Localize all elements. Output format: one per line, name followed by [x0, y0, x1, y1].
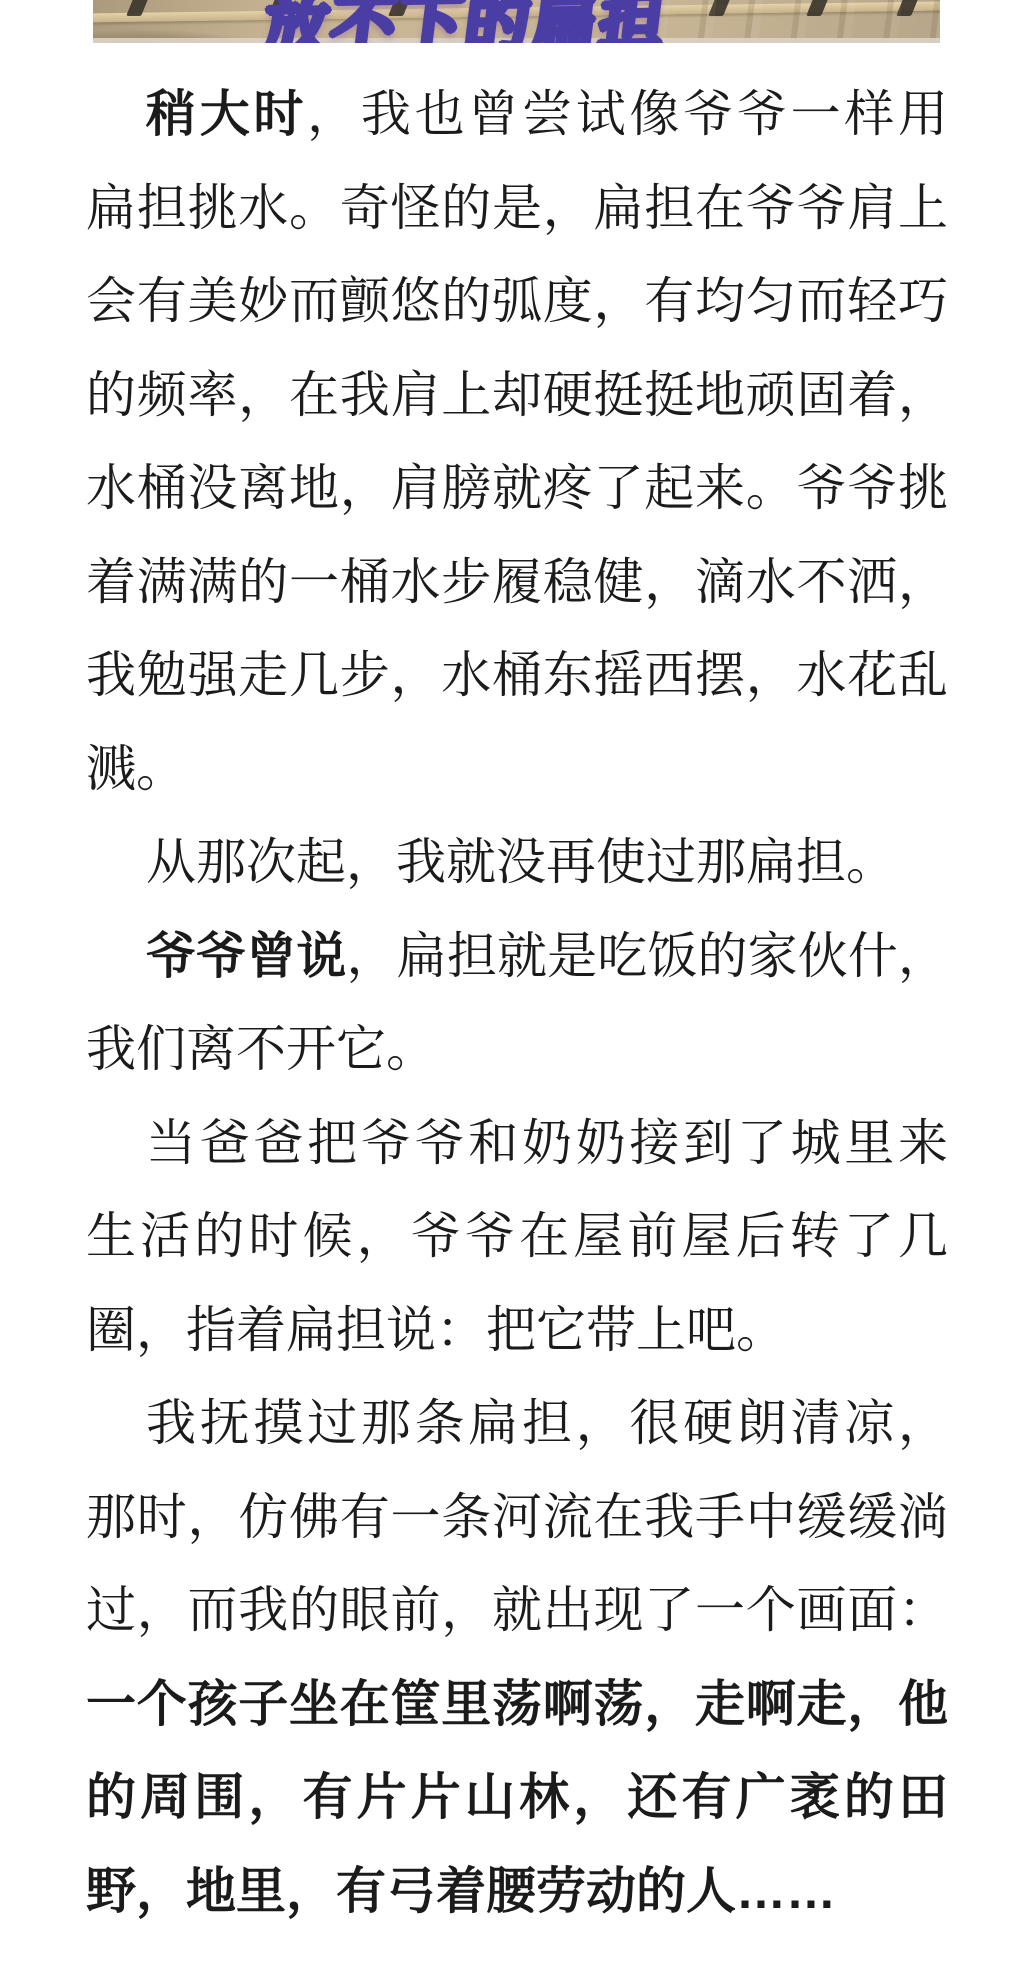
text-line: 圈，指着扁担说：把它带上吧。: [86, 1284, 948, 1378]
text-line: 会有美妙而颤悠的弧度，有均匀而轻巧: [86, 255, 948, 349]
text-run: 的频率，在我肩上却硬挺挺地顽固着，: [86, 367, 948, 423]
text-run: 着满满的一桶水步履稳健，滴水不洒，: [86, 554, 948, 610]
text-line: 我们离不开它。: [86, 1003, 948, 1097]
text-line: 那时，仿佛有一条河流在我手中缓缓淌: [86, 1471, 948, 1565]
text-run: 扁担挑水。奇怪的是，扁担在爷爷肩上: [86, 180, 948, 236]
text-line: 生活的时候，爷爷在屋前屋后转了几: [86, 1190, 948, 1284]
text-line: 我勉强走几步，水桶东摇西摆，水花乱: [86, 629, 948, 723]
text-line: 的周围，有片片山林，还有广袤的田: [86, 1751, 948, 1845]
text-line: 着满满的一桶水步履稳健，滴水不洒，: [86, 536, 948, 630]
bold-text-run: 野，地里，有弓着腰劳动的人……: [86, 1863, 836, 1919]
bold-text-run: 爷爷曾说: [146, 928, 347, 984]
text-line: 水桶没离地，肩膀就疼了起来。爷爷挑: [86, 442, 948, 536]
text-run: 水桶没离地，肩膀就疼了起来。爷爷挑: [86, 460, 948, 516]
text-line: 稍大时，我也曾尝试像爷爷一样用: [86, 68, 948, 162]
text-run: 我抚摸过那条扁担，很硬朗清凉，: [146, 1395, 948, 1451]
text-run: 溅。: [86, 741, 186, 797]
article: 稍大时，我也曾尝试像爷爷一样用扁担挑水。奇怪的是，扁担在爷爷肩上会有美妙而颤悠的…: [86, 68, 948, 1938]
text-line: 的频率，在我肩上却硬挺挺地顽固着，: [86, 349, 948, 443]
text-line: 从那次起，我就没再使过那扁担。: [86, 816, 948, 910]
bold-text-run: 的周围，有片片山林，还有广袤的田: [86, 1769, 948, 1825]
text-run: 过，而我的眼前，就出现了一个画面：: [86, 1582, 948, 1638]
text-run: 生活的时候，爷爷在屋前屋后转了几: [86, 1208, 948, 1264]
text-line: 野，地里，有弓着腰劳动的人……: [86, 1845, 948, 1939]
text-run: 会有美妙而颤悠的弧度，有均匀而轻巧: [86, 273, 948, 329]
text-run: 那时，仿佛有一条河流在我手中缓缓淌: [86, 1489, 948, 1545]
text-line: 过，而我的眼前，就出现了一个画面：: [86, 1564, 948, 1658]
text-line: 一个孩子坐在筐里荡啊荡，走啊走，他: [86, 1658, 948, 1752]
text-line: 扁担挑水。奇怪的是，扁担在爷爷肩上: [86, 162, 948, 256]
text-run: 当爸爸把爷爷和奶奶接到了城里来: [146, 1115, 948, 1171]
text-run: 从那次起，我就没再使过那扁担。: [146, 834, 896, 890]
text-line: 我抚摸过那条扁担，很硬朗清凉，: [86, 1377, 948, 1471]
text-run: 圈，指着扁担说：把它带上吧。: [86, 1302, 786, 1358]
text-run: 我们离不开它。: [86, 1021, 436, 1077]
bold-text-run: 一个孩子坐在筐里荡啊荡，走啊走，他: [86, 1676, 948, 1732]
text-run: ，扁担就是吃饭的家伙什，: [347, 928, 948, 984]
bold-text-run: 稍大时: [146, 86, 307, 142]
text-line: 溅。: [86, 723, 948, 817]
text-line: 当爸爸把爷爷和奶奶接到了城里来: [86, 1097, 948, 1191]
text-line: 爷爷曾说，扁担就是吃饭的家伙什，: [86, 910, 948, 1004]
text-run: ，我也曾尝试像爷爷一样用: [307, 86, 948, 142]
page: 放不下的扁担 稍大时，我也曾尝试像爷爷一样用扁担挑水。奇怪的是，扁担在爷爷肩上会…: [0, 0, 1032, 1969]
text-run: 我勉强走几步，水桶东摇西摆，水花乱: [86, 647, 948, 703]
hero-title-text: 放不下的扁担: [259, 0, 673, 43]
hero-image: 放不下的扁担: [93, 0, 940, 43]
